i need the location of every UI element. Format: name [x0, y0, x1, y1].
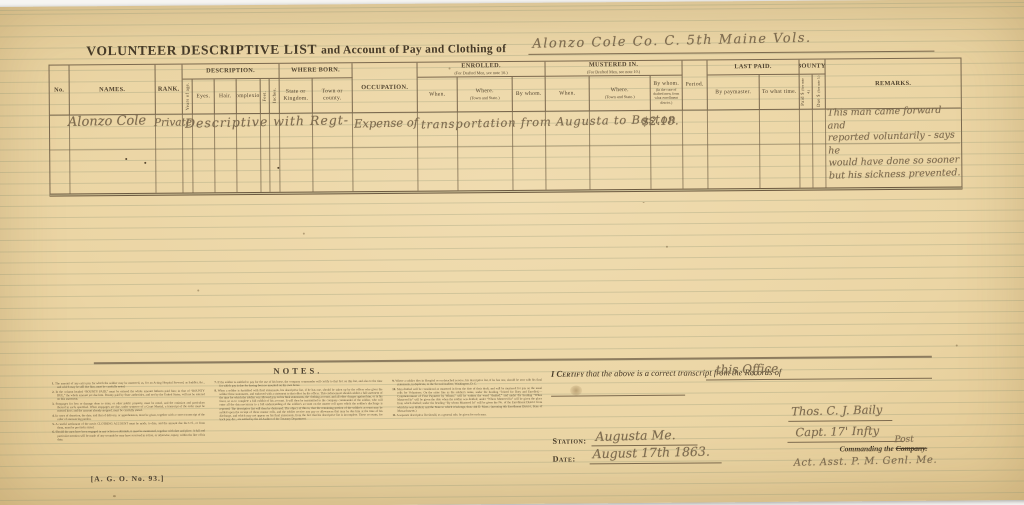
sub-header-complexion: Complexion.: [237, 79, 261, 114]
entry-occupation: Expense of: [354, 115, 418, 130]
group-header-bounty: BOUNTY.: [799, 60, 825, 75]
title-handwritten-name: Alonzo Cole Co. C. 5th Maine Vols.: [532, 31, 812, 52]
sub-header-bounty-due: Due $ (See note 5.): [813, 75, 826, 110]
body-cell: [800, 110, 814, 188]
signature-underline-1: [788, 420, 892, 422]
station-label: Station:: [552, 436, 586, 445]
paper-speck: [303, 233, 305, 235]
form-title-main: VOLUNTEER DESCRIPTIVE LIST: [86, 42, 317, 59]
sub-header-state-or-kingdom: State or Kingdom.: [280, 79, 313, 114]
body-cell: [760, 110, 801, 188]
sub-header-enrolled-where: Where. (Town and State.): [458, 77, 513, 112]
date-label: Date:: [553, 455, 576, 464]
certify-lead: I Certify: [551, 368, 584, 378]
notes-block: 1. The amount of any extra pay for which…: [52, 378, 542, 442]
paper-speck: [113, 495, 116, 497]
notes-column-2: 7. If the soldier is entitled to pay for…: [214, 379, 382, 441]
group-header-last-paid: LAST PAID.: [707, 60, 799, 76]
paper-sheet: VOLUNTEER DESCRIPTIVE LIST and Account o…: [0, 0, 1024, 505]
notes-heading: NOTES.: [52, 364, 544, 378]
col-header-rank: RANK.: [156, 65, 183, 115]
records-of-handwritten: this Office: [716, 361, 779, 376]
title-underline: [528, 51, 934, 55]
group-header-description: DESCRIPTION.: [183, 64, 280, 80]
date-underline: [590, 462, 722, 464]
struck-word: Company.: [896, 444, 928, 453]
sub-header-enrolled-by-whom: By whom.: [513, 77, 546, 112]
col-header-period: Period.: [682, 60, 707, 110]
sub-header-town-or-county: Town or county.: [313, 78, 353, 113]
ink-dot: [144, 162, 146, 164]
body-cell: [683, 110, 709, 188]
notes-column-3: 9. Where a soldier dies in Hospital or o…: [392, 378, 542, 440]
group-header-where-born: WHERE BORN.: [280, 63, 353, 79]
entry-amount: $2.18.: [642, 113, 679, 128]
sub-header-hair: Hair.: [215, 79, 237, 114]
paper-speck: [643, 202, 645, 203]
paper-speck: [197, 289, 199, 291]
paper-speck: [956, 345, 958, 347]
group-header-enrolled: ENROLLED. (For Drafted Men, see note 10.…: [417, 62, 545, 78]
sub-header-mustered-by-whom: By whom. (In the case of drafted men, fr…: [651, 76, 683, 111]
sub-header-mustered-when: When.: [546, 76, 590, 111]
signature-rank: Capt. 17' Infty: [795, 424, 879, 440]
sub-header-inches: Inches.: [270, 79, 280, 114]
notes-column-1: 1. The amount of any extra pay for which…: [52, 380, 205, 442]
col-header-occupation: OCCUPATION.: [353, 63, 418, 114]
sub-header-bounty-paid: Paid $ (See note 4.): [800, 75, 813, 110]
col-header-remarks: REMARKS.: [825, 58, 960, 109]
body-cell: [813, 110, 827, 188]
form-number: [A. G. O. No. 93.]: [91, 474, 165, 484]
sub-header-enrolled-when: When.: [418, 77, 458, 112]
ink-dot: [125, 158, 127, 160]
entry-remarks: This man came forward and reported volun…: [827, 104, 961, 182]
group-header-enrolled-note: (For Drafted Men, see note 10.): [454, 70, 507, 76]
sub-header-by-paymaster: By paymaster.: [708, 75, 760, 110]
commanding-line: Commanding the Company.: [840, 444, 928, 454]
station-value: Augusta Me.: [595, 427, 675, 444]
signature-underline-2: [787, 441, 903, 443]
body-cell: [708, 110, 761, 188]
sub-header-mustered-where: Where. (Town and State.): [590, 76, 651, 111]
date-value: August 17th 1863.: [592, 444, 710, 462]
group-header-mustered-note: (For Drafted Men, see note 10.): [587, 69, 640, 75]
sub-header-to-what-time: To what time.: [760, 75, 800, 110]
sub-header-years-of-age: Years of age.: [183, 80, 193, 115]
col-header-no: No.: [50, 65, 70, 115]
sub-header-eyes: Eyes.: [193, 79, 215, 114]
signature-name: Thos. C. J. Baily: [791, 402, 882, 418]
form-title-rest: and Account of Pay and Clothing of: [321, 43, 506, 56]
paper-speck: [449, 67, 451, 69]
blank-line: [551, 395, 685, 397]
scanned-document: VOLUNTEER DESCRIPTIVE LIST and Account o…: [0, 0, 1024, 505]
ink-dot: [277, 167, 279, 169]
records-of-underline: [706, 378, 932, 381]
col-header-names: NAMES.: [70, 65, 156, 116]
entry-name: Alonzo Cole: [68, 113, 146, 130]
paper-speck: [666, 246, 668, 248]
provost-line: Act. Asst. P. M. Genl. Me.: [794, 455, 938, 469]
sub-header-feet: Feet.: [261, 79, 270, 114]
ink-stain: [570, 385, 582, 395]
group-header-mustered: MUSTERED IN. (For Drafted Men, see note …: [545, 61, 682, 77]
form-title: VOLUNTEER DESCRIPTIVE LIST and Account o…: [86, 39, 506, 60]
